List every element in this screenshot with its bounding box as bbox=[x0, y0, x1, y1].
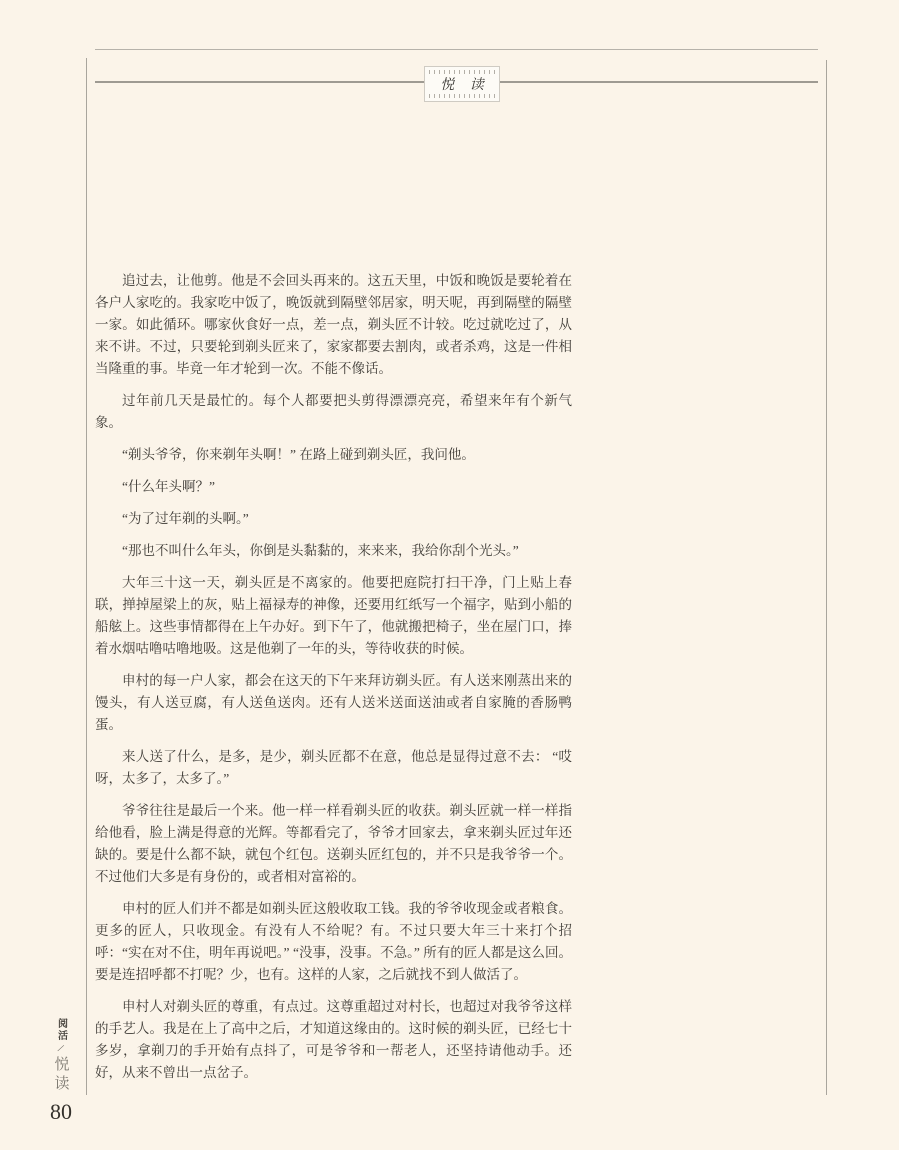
paragraph: 大年三十这一天，剃头匠是不离家的。他要把庭院打扫干净，门上贴上春联，掸掉屋梁上的… bbox=[95, 572, 572, 660]
right-margin-rule bbox=[826, 60, 827, 1095]
top-rule bbox=[95, 49, 818, 50]
paragraph: 申村的每一户人家，都会在这天的下午来拜访剃头匠。有人送来刚蒸出来的馒头，有人送豆… bbox=[95, 670, 572, 736]
magazine-title: 阅活 bbox=[54, 1018, 69, 1042]
paragraph-dialogue: “为了过年剃的头啊。” bbox=[95, 508, 572, 530]
paragraph: 爷爷往往是最后一个来。他一样一样看剃头匠的收获。剃头匠就一样一样指给他看，脸上满… bbox=[95, 800, 572, 888]
section-stamp: 悦 读 bbox=[424, 66, 500, 102]
magazine-page: 悦 读 追过去，让他剪。他是不会回头再来的。这五天里，中饭和晚饭是要轮着在各户人… bbox=[0, 0, 899, 1150]
paragraph-dialogue: “那也不叫什么年头，你倒是头黏黏的，来来来，我给你刮个光头。” bbox=[95, 540, 572, 562]
paragraph-dialogue: “什么年头啊？” bbox=[95, 476, 572, 498]
paragraph: 申村的匠人们并不都是如剃头匠这般收取工钱。我的爷爷收现金或者粮食。更多的匠人，只… bbox=[95, 898, 572, 986]
stamp-perforation-top-icon bbox=[429, 70, 495, 74]
paragraph: 申村人对剃头匠的尊重，有点过。这尊重超过对村长，也超过对我爷爷这样的手艺人。我是… bbox=[95, 996, 572, 1084]
folio-sidebar: 阅活 / 悦读 80 bbox=[47, 1018, 75, 1123]
article-body: 追过去，让他剪。他是不会回头再来的。这五天里，中饭和晚饭是要轮着在各户人家吃的。… bbox=[95, 270, 572, 1094]
page-number: 80 bbox=[50, 1101, 72, 1123]
stamp-perforation-bottom-icon bbox=[429, 94, 495, 98]
paragraph: 过年前几天是最忙的。每个人都要把头剪得漂漂亮亮，希望来年有个新气象。 bbox=[95, 390, 572, 434]
left-margin-rule bbox=[86, 58, 87, 1095]
section-title: 悦 读 bbox=[434, 74, 490, 94]
paragraph: 来人送了什么，是多，是少，剃头匠都不在意，他总是显得过意不去： “哎呀，太多了，… bbox=[95, 746, 572, 790]
paragraph-dialogue: “剃头爷爷，你来剃年头啊！” 在路上碰到剃头匠，我问他。 bbox=[95, 444, 572, 466]
folio-separator: / bbox=[57, 1043, 65, 1054]
paragraph: 追过去，让他剪。他是不会回头再来的。这五天里，中饭和晚饭是要轮着在各户人家吃的。… bbox=[95, 270, 572, 380]
folio-section-title: 悦读 bbox=[51, 1056, 72, 1094]
